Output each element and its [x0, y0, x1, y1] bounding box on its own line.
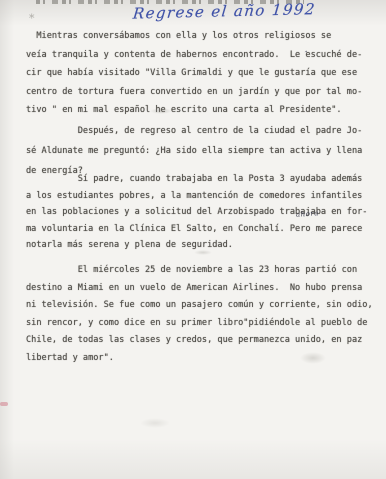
paper-smudge	[140, 418, 170, 428]
typed-line: ma voluntaria en la Clínica El Salto, en…	[26, 221, 374, 238]
typed-line: sin rencor, y como dice en su primer lib…	[26, 315, 374, 333]
typed-line: sé Aldunate me preguntó: ¿Ha sido ella s…	[26, 141, 374, 161]
typed-line: El miércoles 25 de noviembre a las 23 ho…	[26, 262, 374, 280]
typed-line: Sí padre, cuando trabajaba en la Posta 3…	[26, 171, 374, 188]
typed-line: ni televisión. Se fue como un pasajero c…	[26, 297, 374, 315]
typed-line: Chile, de todas las clases y credos, que…	[26, 332, 374, 350]
typed-line: libertad y amor".	[26, 350, 374, 368]
paper-shading-left	[0, 0, 14, 479]
typed-line: destino a Miami en un vuelo de American …	[26, 280, 374, 298]
handwritten-annotation: Regrese el año 1992	[132, 0, 344, 23]
typed-paragraph-4: El miércoles 25 de noviembre a las 23 ho…	[26, 262, 374, 367]
typed-line: tivo " en mi mal español he escrito una …	[26, 101, 374, 120]
typed-line: cir que había visitado "Villa Grimaldi y…	[26, 64, 374, 83]
typed-line: Después, de regreso al centro de la ciud…	[26, 121, 374, 141]
typed-line: centro de tortura fuera convertido en un…	[26, 83, 374, 102]
handwritten-insertion: ahora	[296, 209, 319, 219]
typed-paragraph-1: Mientras conversábamos con ella y los ot…	[26, 27, 374, 120]
stray-ink-mark: *	[29, 12, 35, 25]
typed-line: veía tranquila y contenta de habernos en…	[26, 46, 374, 65]
scanned-document-page: { "document": { "handwritten_note": "Reg…	[0, 0, 386, 479]
typed-line: en las poblaciones y a solicitud del Arz…	[26, 204, 374, 221]
typed-line: notarla más serena y plena de seguridad.	[26, 237, 374, 254]
paper-shading-bottom	[0, 439, 386, 479]
typed-line: a los estudiantes pobres, a la mantenció…	[26, 188, 374, 205]
typed-paragraph-3: Sí padre, cuando trabajaba en la Posta 3…	[26, 171, 374, 254]
typed-line: Mientras conversábamos con ella y los ot…	[26, 27, 374, 46]
pink-ink-edge-mark	[0, 402, 8, 406]
